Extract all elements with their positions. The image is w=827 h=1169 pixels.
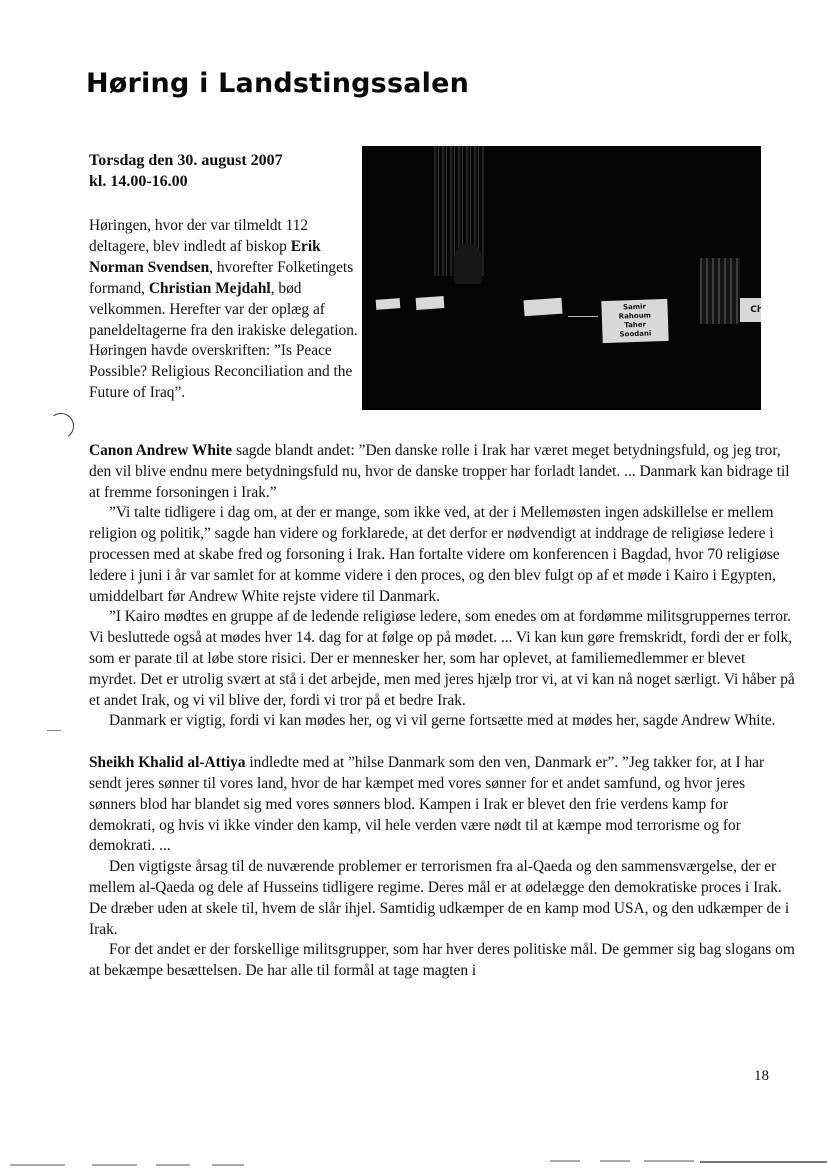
scan-artifact-bottom-edge bbox=[600, 1160, 630, 1162]
article-body: Canon Andrew White sagde blandt andet: ”… bbox=[89, 441, 795, 982]
name-card: Samir Rahoum Taher Soodani bbox=[601, 299, 668, 343]
event-date: Torsdag den 30. august 2007 bbox=[89, 150, 283, 171]
photo-bottles bbox=[700, 258, 740, 324]
scan-artifact-bottom-edge bbox=[92, 1164, 137, 1166]
paragraph: ”I Kairo mødtes en gruppe af de ledende … bbox=[89, 607, 795, 711]
scan-artifact-bottom-edge bbox=[212, 1164, 244, 1166]
person-name: Christian Mejdahl bbox=[149, 280, 271, 297]
paragraph: Danmark er vigtig, fordi vi kan mødes he… bbox=[89, 711, 795, 732]
scan-artifact-bottom-edge bbox=[700, 1161, 827, 1163]
scan-artifact-dash bbox=[47, 730, 61, 731]
name-card bbox=[376, 298, 401, 310]
speaker-name: Canon Andrew White bbox=[89, 442, 232, 459]
scan-artifact-bottom-edge bbox=[10, 1164, 65, 1166]
event-datetime: Torsdag den 30. august 2007 kl. 14.00-16… bbox=[89, 150, 283, 192]
scan-artifact-bottom-edge bbox=[550, 1160, 580, 1162]
intro-text: , bød velkommen. Herefter var der oplæg … bbox=[89, 280, 358, 402]
paragraph: Den vigtigste årsag til de nuværende pro… bbox=[89, 857, 795, 940]
speaker-name: Sheikh Khalid al-Attiya bbox=[89, 754, 246, 771]
photo-table-edge bbox=[568, 316, 598, 317]
intro-paragraph: Høringen, hvor der var tilmeldt 112 delt… bbox=[89, 216, 359, 404]
name-card: Chr bbox=[740, 298, 761, 322]
paragraph: Sheikh Khalid al-Attiya indledte med at … bbox=[89, 753, 795, 857]
intro-text: Høringen, hvor der var tilmeldt 112 delt… bbox=[89, 217, 308, 255]
event-time: kl. 14.00-16.00 bbox=[89, 171, 283, 192]
event-photo: Samir Rahoum Taher Soodani Chr bbox=[362, 146, 761, 410]
scan-artifact-bottom-edge bbox=[644, 1160, 694, 1162]
paragraph: ”Vi talte tidligere i dag om, at der er … bbox=[89, 503, 795, 607]
name-card bbox=[416, 296, 445, 310]
name-card bbox=[523, 298, 562, 317]
scan-artifact-bottom-edge bbox=[156, 1164, 190, 1166]
page-title: Høring i Landstingssalen bbox=[86, 64, 469, 104]
paragraph: Canon Andrew White sagde blandt andet: ”… bbox=[89, 441, 795, 503]
scan-artifact-arc bbox=[46, 411, 76, 441]
paragraph: For det andet er der forskellige militsg… bbox=[89, 940, 795, 982]
photo-speaker-silhouette bbox=[454, 244, 482, 284]
page-number: 18 bbox=[754, 1068, 769, 1085]
